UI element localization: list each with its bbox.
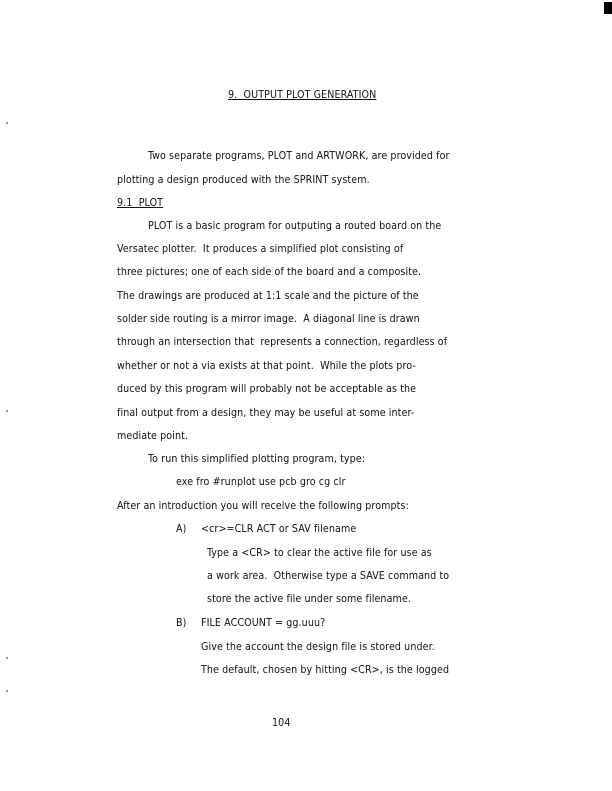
prompt-a-desc: a work area. Otherwise type a SAVE comma… (207, 570, 449, 582)
section-title: 9. OUTPUT PLOT GENERATION (228, 89, 376, 101)
body-line: solder side routing is a mirror image. A… (117, 313, 420, 325)
margin-speck (6, 122, 8, 124)
body-line: mediate point. (117, 430, 188, 442)
prompts-intro: After an introduction you will receive t… (117, 500, 409, 512)
prompt-b-text: FILE ACCOUNT = gg.uuu? (201, 617, 325, 629)
body-line: through an intersection that represents … (117, 336, 447, 348)
intro-line: Two separate programs, PLOT and ARTWORK,… (148, 150, 450, 162)
prompt-b-label: B) (176, 617, 186, 629)
body-line: whether or not a via exists at that poin… (117, 360, 416, 372)
body-line: PLOT is a basic program for outputing a … (148, 220, 441, 232)
body-line: final output from a design, they may be … (117, 407, 414, 419)
prompt-b-desc: The default, chosen by hitting <CR>, is … (201, 664, 449, 676)
prompt-a-desc: store the active file under some filenam… (207, 593, 411, 605)
subsection-title: 9.1 PLOT (117, 197, 163, 209)
page-number: 104 (272, 717, 291, 729)
margin-speck (6, 690, 8, 692)
body-line: duced by this program will probably not … (117, 383, 416, 395)
scan-mark (604, 2, 612, 14)
margin-speck (6, 657, 8, 659)
body-line: Versatec plotter. It produces a simplifi… (117, 243, 403, 255)
prompt-a-label: A) (176, 523, 186, 535)
margin-speck (6, 410, 8, 412)
prompt-a-text: <cr>=CLR ACT or SAV filename (201, 523, 356, 535)
body-line: three pictures; one of each side of the … (117, 266, 421, 278)
prompt-b-desc: Give the account the design file is stor… (201, 641, 435, 653)
body-line: The drawings are produced at 1:1 scale a… (117, 290, 419, 302)
intro-line: plotting a design produced with the SPRI… (117, 174, 370, 186)
command-line: exe fro #runplot use pcb gro cg clr (176, 476, 346, 488)
prompt-a-desc: Type a <CR> to clear the active file for… (207, 547, 432, 559)
run-intro: To run this simplified plotting program,… (148, 453, 365, 465)
